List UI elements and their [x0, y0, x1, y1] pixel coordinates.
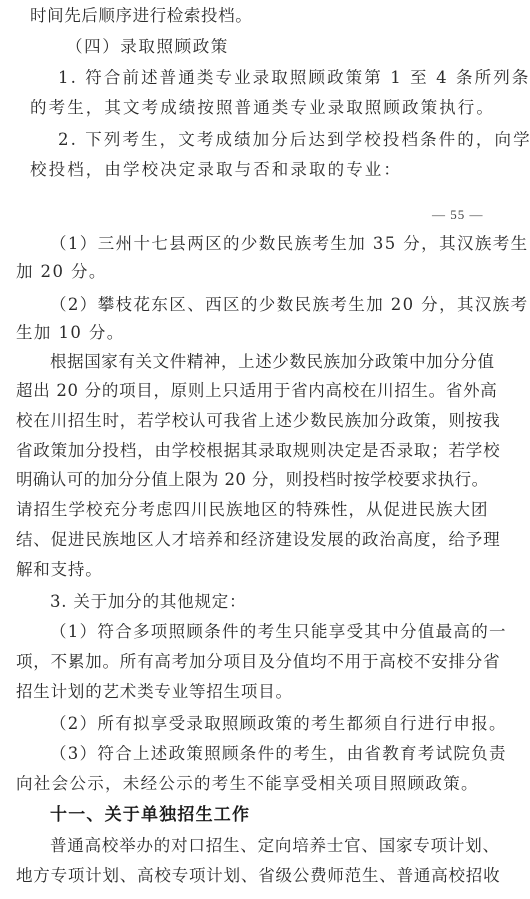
- paragraph-line: 普通高校举办的对口招生、定向培养士官、国家专项计划、: [50, 836, 500, 856]
- paragraph-line: 明确认可的加分分值上限为 20 分，则投档时按学校要求执行。: [16, 470, 489, 490]
- paragraph-line: 招生计划的艺术类专业等招生项目。: [16, 682, 293, 702]
- paragraph-line: 省政策加分投档，由学校根据其录取规则决定是否录取；若学校: [16, 441, 500, 461]
- paragraph-line: 1. 符合前述普通类专业录取照顾政策第 1 至 4 条所列条件: [58, 68, 530, 88]
- paragraph-line: 加 20 分。: [16, 262, 107, 282]
- page-number: — 55 —: [432, 207, 484, 223]
- paragraph-line: （2）攀枝花东区、西区的少数民族考生加 20 分，其汉族考: [50, 295, 529, 315]
- section-subheading: （四）录取照顾政策: [66, 37, 229, 57]
- paragraph-line: 2. 下列考生，文考成绩加分后达到学校投档条件的，向学: [58, 130, 530, 150]
- paragraph-line: 3. 关于加分的其他规定：: [50, 592, 246, 612]
- paragraph-line: 校投档，由学校决定录取与否和录取的专业：: [30, 160, 402, 180]
- paragraph-line: （1）符合多项照顾条件的考生只能享受其中分值最高的一: [50, 622, 507, 642]
- paragraph-line: 的考生，其文考成绩按照普通类专业录取照顾政策执行。: [30, 98, 495, 118]
- paragraph-line: 请招生学校充分考虑四川民族地区的特殊性，从促进民族大团: [16, 500, 489, 520]
- paragraph-line: （1）三州十七县两区的少数民族考生加 35 分，其汉族考生: [50, 234, 529, 254]
- paragraph-line: 超出 20 分的项目，原则上只适用于省内高校在川招生。省外高: [16, 381, 498, 401]
- paragraph-line: （3）符合上述政策照顾条件的考生，由省教育考试院负责: [50, 744, 507, 764]
- paragraph-line: 结、促进民族地区人才培养和经济建设发展的政治高度，给予理: [16, 530, 500, 550]
- document-page: 时间先后顺序进行检索投档。 （四）录取照顾政策 1. 符合前述普通类专业录取照顾…: [0, 0, 530, 899]
- paragraph-line: 校在川招生时，若学校认可我省上述少数民族加分政策，则按我: [16, 411, 500, 431]
- paragraph-line: （2）所有拟享受录取照顾政策的考生都须自行进行申报。: [50, 714, 507, 734]
- paragraph-line: 根据国家有关文件精神，上述少数民族加分政策中加分分值: [50, 352, 495, 372]
- paragraph-line: 向社会公示，未经公示的考生不能享受相关项目照顾政策。: [16, 774, 479, 794]
- paragraph-line: 解和支持。: [16, 560, 103, 580]
- paragraph-line: 时间先后顺序进行检索投档。: [30, 6, 252, 26]
- paragraph-line: 项，不累加。所有高考加分项目及分值均不用于高校不安排分省: [16, 652, 500, 672]
- section-heading: 十一、关于单独招生工作: [50, 805, 250, 825]
- paragraph-line: 地方专项计划、高校专项计划、省级公费师范生、普通高校招收: [16, 866, 500, 886]
- paragraph-line: 生加 10 分。: [16, 323, 125, 343]
